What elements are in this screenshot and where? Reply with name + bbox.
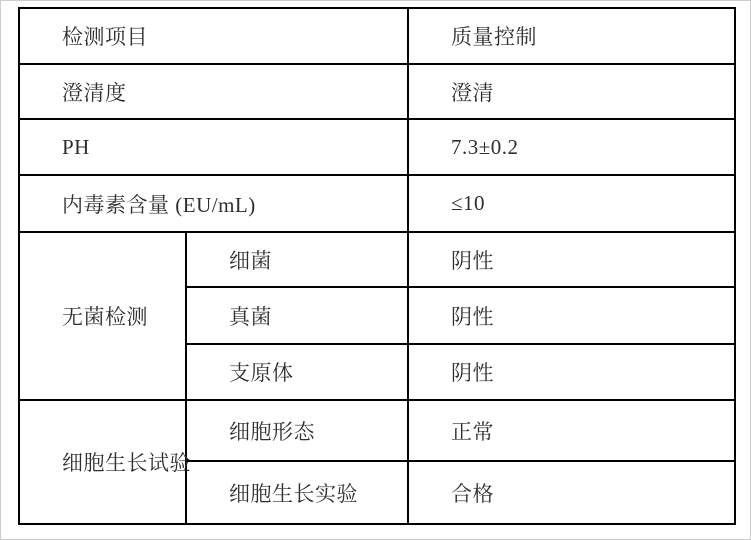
cell-ph-value: 7.3±0.2: [408, 119, 735, 175]
cell-sterility-group-label: 无菌检测: [19, 232, 186, 400]
cell-morphology-value: 正常: [408, 400, 735, 461]
cell-bacteria-value: 阴性: [408, 232, 735, 287]
cell-mycoplasma-label: 支原体: [186, 344, 408, 400]
table-row: 无菌检测 细菌 阴性: [19, 232, 735, 287]
cell-mycoplasma-value: 阴性: [408, 344, 735, 400]
cell-ph-label: PH: [19, 119, 408, 175]
quality-control-table: 检测项目 质量控制 澄清度 澄清 PH 7.3±0.2 内毒素含量 (EU/mL…: [18, 7, 736, 525]
table-row: 澄清度 澄清: [19, 64, 735, 119]
cell-fungi-value: 阴性: [408, 287, 735, 344]
table-row: 检测项目 质量控制: [19, 8, 735, 64]
cell-clarity-label: 澄清度: [19, 64, 408, 119]
header-cell-test-item: 检测项目: [19, 8, 408, 64]
cell-fungi-label: 真菌: [186, 287, 408, 344]
cell-endotoxin-label: 内毒素含量 (EU/mL): [19, 175, 408, 232]
cell-cell-growth-group-label: 细胞生长试验: [19, 400, 186, 524]
cell-growth-test-value: 合格: [408, 461, 735, 524]
document-page: 检测项目 质量控制 澄清度 澄清 PH 7.3±0.2 内毒素含量 (EU/mL…: [0, 0, 751, 540]
table-row: PH 7.3±0.2: [19, 119, 735, 175]
cell-morphology-label: 细胞形态: [186, 400, 408, 461]
cell-growth-test-label: 细胞生长实验: [186, 461, 408, 524]
cell-bacteria-label: 细菌: [186, 232, 408, 287]
cell-clarity-value: 澄清: [408, 64, 735, 119]
table-row: 内毒素含量 (EU/mL) ≤10: [19, 175, 735, 232]
cell-endotoxin-value: ≤10: [408, 175, 735, 232]
table-row: 细胞生长试验 细胞形态 正常: [19, 400, 735, 461]
header-cell-quality-control: 质量控制: [408, 8, 735, 64]
